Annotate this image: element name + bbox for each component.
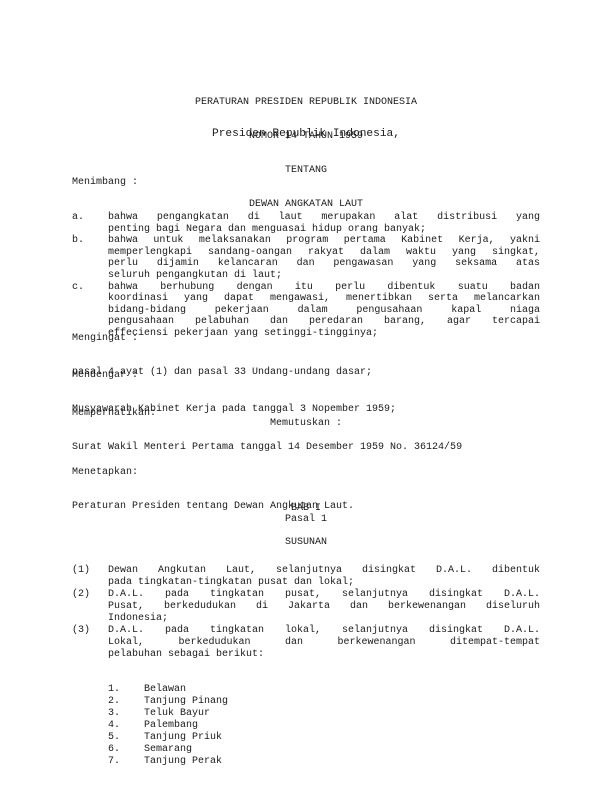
chapter-title: BAB I xyxy=(72,503,540,514)
mengingat-label: Mengingat : xyxy=(72,333,540,344)
article-clause: (3)D.A.L. pada tingkatan lokal, selanjut… xyxy=(72,625,540,661)
article-clause-marker: (3) xyxy=(72,625,90,637)
port-number: 2. xyxy=(108,696,120,708)
menimbang-label: Menimbang : xyxy=(72,177,540,189)
article-clause: (2)D.A.L. pada tingkatan pusat, selanjut… xyxy=(72,589,540,625)
port-number: 1. xyxy=(108,684,120,696)
article-clause-marker: (2) xyxy=(72,589,90,601)
article-clause-line: D.A.L. pada tingkatan pusat, selanjutnya… xyxy=(108,589,540,601)
article-clause-line: Indonesia; xyxy=(108,613,540,625)
port-name: Semarang xyxy=(144,744,540,756)
port-item: 5.Tanjung Priuk xyxy=(108,732,540,744)
issuer: Presiden Republik Indonesia, xyxy=(72,129,540,140)
menimbang-item-line: penting bagi Negara dan menguasai hidup … xyxy=(108,224,540,236)
port-number: 4. xyxy=(108,720,120,732)
port-item: 1.Belawan xyxy=(108,684,540,696)
article-clause-line: pada tingkatan-tingkatan pusat dan lokal… xyxy=(108,577,540,589)
menetapkan-label: Menetapkan: xyxy=(72,467,540,478)
document-title: PERATURAN PRESIDEN REPUBLIK INDONESIA xyxy=(72,97,540,108)
port-number: 7. xyxy=(108,756,120,768)
menimbang-item-line: koordinasi yang dapat mengawasi, menerti… xyxy=(108,293,540,305)
menimbang-item-line: memperlengkapi sandang-oangan rakyat dal… xyxy=(108,247,540,259)
menimbang-item-line: perlu dijamin kelancaran dan pengawasan … xyxy=(108,258,540,270)
mendengar-label: Mendengar : xyxy=(72,370,540,381)
port-name: Tanjung Priuk xyxy=(144,732,540,744)
article-clause-line: Pusat, berkedudukan di Jakarta dan berke… xyxy=(108,601,540,613)
article-clause-line: Lokal, berkedudukan dan berkewenangan di… xyxy=(108,637,540,649)
menimbang-item-marker: a. xyxy=(72,212,84,224)
port-name: Tanjung Pinang xyxy=(144,696,540,708)
port-name: Palembang xyxy=(144,720,540,732)
menimbang-item: a.bahwa pengangkatan di laut merupakan a… xyxy=(72,212,540,235)
article-body: (1)Dewan Angkutan Laut, selanjutnya disi… xyxy=(72,541,540,780)
port-item: 6.Semarang xyxy=(108,744,540,756)
port-list: 1.Belawan2.Tanjung Pinang3.Teluk Bayur4.… xyxy=(72,684,540,768)
port-item: 4.Palembang xyxy=(108,720,540,732)
menimbang-item-line: bahwa berhubung dengan itu perlu dibentu… xyxy=(108,282,540,294)
menimbang-item: b.bahwa untuk melaksanakan program perta… xyxy=(72,235,540,281)
article-clauses: (1)Dewan Angkutan Laut, selanjutnya disi… xyxy=(72,565,540,661)
article-clause-line: Dewan Angkutan Laut, selanjutnya disingk… xyxy=(108,565,540,577)
memutuskan-heading: Memutuskan : xyxy=(72,418,540,429)
port-name: Tanjung Perak xyxy=(144,756,540,768)
port-item: 2.Tanjung Pinang xyxy=(108,696,540,708)
port-item: 7.Tanjung Perak xyxy=(108,756,540,768)
menimbang-item-line: bahwa untuk melaksanakan program pertama… xyxy=(108,235,540,247)
port-name: Belawan xyxy=(144,684,540,696)
article-clause: (1)Dewan Angkutan Laut, selanjutnya disi… xyxy=(72,565,540,589)
article-clause-marker: (1) xyxy=(72,565,90,577)
article-clause-line: pelabuhan sebagai berikut: xyxy=(108,649,540,661)
menimbang-item-line: seluruh pengangkutan di laut; xyxy=(108,270,540,282)
menimbang-item-line: bahwa pengangkatan di laut merupakan ala… xyxy=(108,212,540,224)
menimbang-item-marker: b. xyxy=(72,235,84,247)
article-title: Pasal 1 xyxy=(72,514,540,525)
port-number: 6. xyxy=(108,744,120,756)
port-number: 3. xyxy=(108,708,120,720)
port-number: 5. xyxy=(108,732,120,744)
article-clause-line: D.A.L. pada tingkatan lokal, selanjutnya… xyxy=(108,625,540,637)
port-item: 3.Teluk Bayur xyxy=(108,708,540,720)
port-name: Teluk Bayur xyxy=(144,708,540,720)
menimbang-item-marker: c. xyxy=(72,282,84,294)
